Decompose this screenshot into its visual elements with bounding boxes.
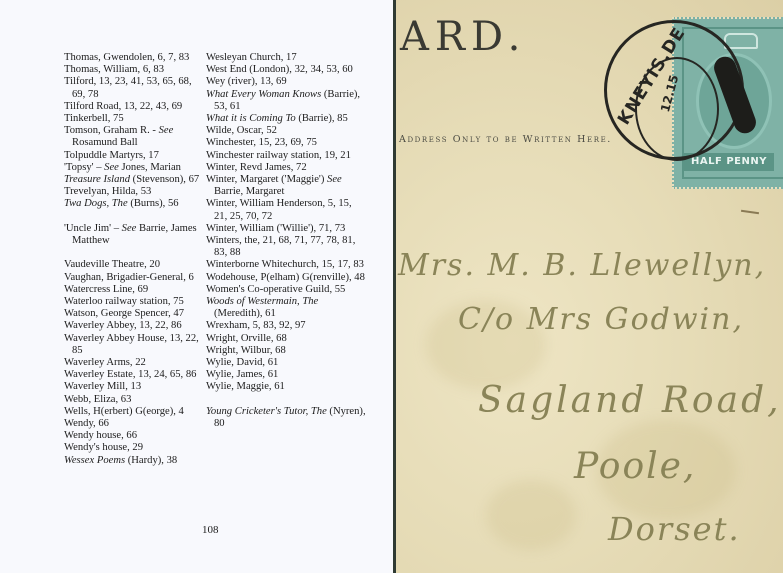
index-gap (206, 394, 366, 406)
index-entry: Webb, Eliza, 63 (64, 394, 204, 406)
index-entry: Tilford Road, 13, 22, 43, 69 (64, 101, 204, 113)
address-line-3: Sagland Road, (478, 380, 782, 421)
index-entry: 'Uncle Jim' – See Barrie, James Matthew (64, 223, 204, 247)
pencil-mark (741, 210, 759, 214)
index-entry: Wright, Orville, 68 (206, 333, 366, 345)
index-entry: Treasure Island (Stevenson), 67 (64, 174, 204, 186)
index-entry: Tilford, 13, 23, 41, 53, 65, 68, 69, 78 (64, 76, 204, 100)
index-gap (64, 211, 204, 223)
index-entry: Waverley Abbey House, 13, 22, 85 (64, 333, 204, 357)
index-entry: Winter, Margaret ('Maggie') See Barrie, … (206, 174, 366, 198)
index-entry: Wendy house, 66 (64, 430, 204, 442)
index-entry: Vaudeville Theatre, 20 (64, 259, 204, 271)
index-entry: Vaughan, Brigadier-General, 6 (64, 272, 204, 284)
index-entry: Thomas, Gwendolen, 6, 7, 83 (64, 52, 204, 64)
index-entry: Waverley Arms, 22 (64, 357, 204, 369)
index-entry: Women's Co-operative Guild, 55 (206, 284, 366, 296)
index-entry: Winchester railway station, 19, 21 (206, 150, 366, 162)
index-entry: Wylie, James, 61 (206, 369, 366, 381)
index-entry: Wilde, Oscar, 52 (206, 125, 366, 137)
index-entry: Wendy, 66 (64, 418, 204, 430)
postcard-heading: ARD. (400, 14, 526, 60)
index-entry: What Every Woman Knows (Barrie), 53, 61 (206, 89, 366, 113)
index-entry: Waverley Mill, 13 (64, 381, 204, 393)
address-instruction: Address Only to be Written Here. (399, 134, 612, 145)
index-entry: Waverley Abbey, 13, 22, 86 (64, 320, 204, 332)
index-entry: Trevelyan, Hilda, 53 (64, 186, 204, 198)
index-entry: Wesleyan Church, 17 (206, 52, 366, 64)
index-entry: Waterloo railway station, 75 (64, 296, 204, 308)
index-entry: Wrexham, 5, 83, 92, 97 (206, 320, 366, 332)
index-entry: Twa Dogs, The (Burns), 56 (64, 198, 204, 210)
address-line-5: Dorset. (608, 510, 741, 548)
address-line-1: Mrs. M. B. Llewellyn, (398, 248, 766, 283)
index-entry: Wells, H(erbert) G(eorge), 4 (64, 406, 204, 418)
index-entry: Wylie, Maggie, 61 (206, 381, 366, 393)
page-number: 108 (202, 524, 219, 536)
index-entry: West End (London), 32, 34, 53, 60 (206, 64, 366, 76)
index-entry: Wright, Wilbur, 68 (206, 345, 366, 357)
postcard-back: ARD. Address Only to be Written Here. HA… (396, 0, 783, 573)
index-entry: Winchester, 15, 23, 69, 75 (206, 137, 366, 149)
index-entry: Wessex Poems (Hardy), 38 (64, 455, 204, 467)
index-entry: Watercress Line, 69 (64, 284, 204, 296)
index-entry: Winter, Revd James, 72 (206, 162, 366, 174)
index-entry: Tolpuddle Martyrs, 17 (64, 150, 204, 162)
index-entry: Tomson, Graham R. - See Rosamund Ball (64, 125, 204, 149)
index-entry: Young Cricketer's Tutor, The (Nyren), 80 (206, 406, 366, 430)
index-column-b: Wesleyan Church, 17West End (London), 32… (206, 52, 366, 430)
index-entry: Winterborne Whitechurch, 15, 17, 83 (206, 259, 366, 271)
index-entry: What it is Coming To (Barrie), 85 (206, 113, 366, 125)
index-entry: Waverley Estate, 13, 24, 65, 86 (64, 369, 204, 381)
index-entry: Thomas, William, 6, 83 (64, 64, 204, 76)
index-entry: Watson, George Spencer, 47 (64, 308, 204, 320)
index-entry: Wylie, David, 61 (206, 357, 366, 369)
index-entry: Winters, the, 21, 68, 71, 77, 78, 81, 83… (206, 235, 366, 259)
index-gap (64, 247, 204, 259)
address-line-2: C/o Mrs Godwin, (458, 302, 744, 337)
index-entry: Winter, William ('Willie'), 71, 73 (206, 223, 366, 235)
index-entry: Wendy's house, 29 (64, 442, 204, 454)
index-entry: 'Topsy' – See Jones, Marian (64, 162, 204, 174)
index-column-a: Thomas, Gwendolen, 6, 7, 83Thomas, Willi… (64, 52, 204, 467)
index-entry: Winter, William Henderson, 5, 15, 21, 25… (206, 198, 366, 222)
address-line-4: Poole, (574, 446, 696, 487)
index-entry: Wodehouse, P(elham) G(renville), 48 (206, 272, 366, 284)
index-entry: Woods of Westermain, The (Meredith), 61 (206, 296, 366, 320)
index-entry: Tinkerbell, 75 (64, 113, 204, 125)
book-page-index: Thomas, Gwendolen, 6, 7, 83Thomas, Willi… (0, 0, 393, 573)
index-entry: Wey (river), 13, 69 (206, 76, 366, 88)
